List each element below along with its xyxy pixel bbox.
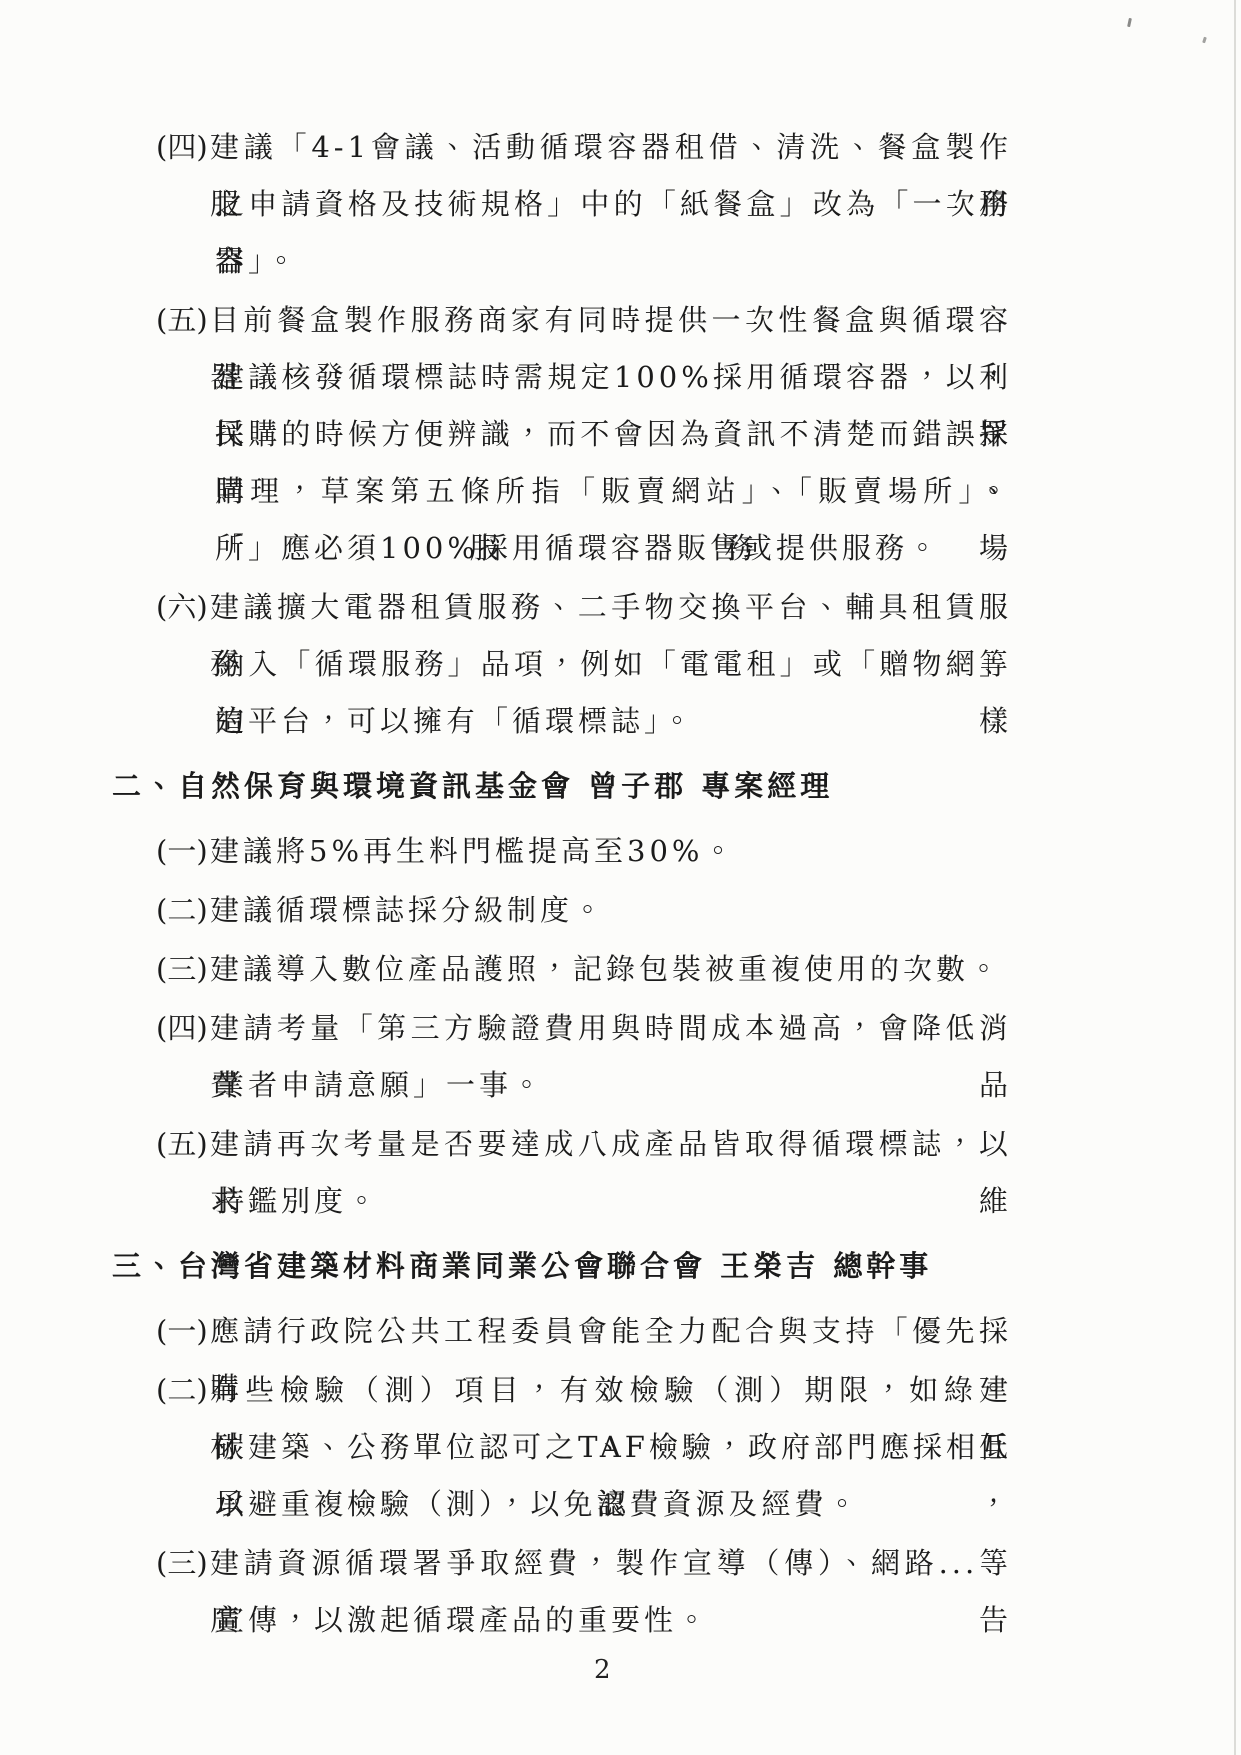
item-line: (一)應請行政院公共工程委員會能全力配合與支持「優先採購」。 [0,1303,1241,1360]
line-text: 業者申請意願」一事。 [215,1057,1012,1114]
item-line: 碳建築、公務單位認可之TAF檢驗，政府部門應採相互承認， [0,1419,1241,1476]
list-marker: (四) [156,1000,208,1057]
item-line: (五)目前餐盒製作服務商家有同時提供一次性餐盒與循環容器， [0,292,1241,349]
section-heading: 三、台灣省建築材料商業同業公會聯合會 王榮吉 總幹事 [0,1238,1241,1295]
list-item: (三)建請資源循環署爭取經費，製作宣導（傳）、網路...等廣告宣傳，以激起循環產… [0,1535,1241,1649]
item-line: (五)建請再次考量是否要達成八成產品皆取得循環標誌，以求維 [0,1116,1241,1173]
heading-line: 二、自然保育與環境資訊基金會 曾子郡 專案經理 [0,758,1241,815]
item-line: 器」。 [0,233,1241,290]
line-text: 宣傳，以激起循環產品的重要性。 [215,1592,1012,1649]
list-marker: (三) [156,941,208,998]
item-line: (四)建請考量「第三方驗證費用與時間成本過高，會降低消費品 [0,1000,1241,1057]
list-marker: (五) [156,292,208,349]
line-text: 所」應必須100%採用循環容器販售或提供服務。 [215,520,1012,577]
scan-speck [1127,18,1132,27]
list-marker: (一) [156,1303,208,1360]
item-line: 建議核發循環標誌時需規定100%採用循環容器，以利民眾 [0,349,1241,406]
item-line: 宣傳，以激起循環產品的重要性。 [0,1592,1241,1649]
list-item: (四)建議「4-1會議、活動循環容器租借、清洗、餐盒製作服務之申請資格及技術規格… [0,119,1241,290]
item-line: 持鑑別度。 [0,1173,1241,1230]
document-content: (四)建議「4-1會議、活動循環容器租借、清洗、餐盒製作服務之申請資格及技術規格… [0,119,1241,1651]
scanned-document-page: (四)建議「4-1會議、活動循環容器租借、清洗、餐盒製作服務之申請資格及技術規格… [0,0,1241,1755]
line-text: 器」。 [215,233,1012,290]
item-line: 以避重複檢驗（測），以免浪費資源及經費。 [0,1476,1241,1533]
list-item: (三)建議導入數位產品護照，記錄包裝被重複使用的次數。 [0,941,1241,998]
page-number: 2 [594,1655,634,1685]
list-item: (一)建議將5%再生料門檻提高至30%。 [0,823,1241,880]
item-line: (三)建議導入數位產品護照，記錄包裝被重複使用的次數。 [0,941,1241,998]
list-marker: (四) [156,119,208,176]
list-marker: (二) [156,1362,208,1419]
list-item: (五)建請再次考量是否要達成八成產品皆取得循環標誌，以求維持鑑別度。 [0,1116,1241,1230]
list-item: (二)建議循環標誌採分級制度。 [0,882,1241,939]
item-line: 採購的時候方便辨識，而不會因為資訊不清楚而錯誤採購。 [0,406,1241,463]
list-item: (六)建議擴大電器租賃服務、二手物交換平台、輔具租賃服務等納入「循環服務」品項，… [0,579,1241,750]
item-line: 之申請資格及技術規格」中的「紙餐盒」改為「一次用容 [0,176,1241,233]
line-text: 以避重複檢驗（測），以免浪費資源及經費。 [215,1476,1012,1533]
item-line: (四)建議「4-1會議、活動循環容器租借、清洗、餐盒製作服務 [0,119,1241,176]
line-text: 建議導入數位產品護照，記錄包裝被重複使用的次數。 [210,941,1012,998]
list-item: (五)目前餐盒製作服務商家有同時提供一次性餐盒與循環容器，建議核發循環標誌時需規… [0,292,1241,577]
line-text: 持鑑別度。 [215,1173,1012,1230]
section-heading: 二、自然保育與環境資訊基金會 曾子郡 專案經理 [0,758,1241,815]
list-marker: (三) [156,1535,208,1592]
list-marker: (五) [156,1116,208,1173]
list-marker: (六) [156,579,208,636]
item-line: 業者申請意願」一事。 [0,1057,1241,1114]
item-line: 所」應必須100%採用循環容器販售或提供服務。 [0,520,1241,577]
item-line: 同理，草案第五條所指「販賣網站」、「販賣場所」、「服務場 [0,463,1241,520]
list-item: (二)有些檢驗（測）項目，有效檢驗（測）期限，如綠建材、低碳建築、公務單位認可之… [0,1362,1241,1533]
line-text: 二、自然保育與環境資訊基金會 曾子郡 專案經理 [112,758,1241,815]
item-line: (二)建議循環標誌採分級制度。 [0,882,1241,939]
line-text: 建議循環標誌採分級制度。 [210,882,1012,939]
item-line: (六)建議擴大電器租賃服務、二手物交換平台、輔具租賃服務等 [0,579,1241,636]
item-line: 納入「循環服務」品項，例如「電電租」或「贈物網」這樣 [0,636,1241,693]
item-line: (三)建請資源循環署爭取經費，製作宣導（傳）、網路...等廣告 [0,1535,1241,1592]
line-text: 三、台灣省建築材料商業同業公會聯合會 王榮吉 總幹事 [112,1238,1241,1295]
scan-edge-line [1234,0,1236,1755]
list-item: (四)建請考量「第三方驗證費用與時間成本過高，會降低消費品業者申請意願」一事。 [0,1000,1241,1114]
line-text: 建議將5%再生料門檻提高至30%。 [210,823,1012,880]
heading-line: 三、台灣省建築材料商業同業公會聯合會 王榮吉 總幹事 [0,1238,1241,1295]
item-line: 的平台，可以擁有「循環標誌」。 [0,693,1241,750]
line-text: 的平台，可以擁有「循環標誌」。 [215,693,1012,750]
item-line: (一)建議將5%再生料門檻提高至30%。 [0,823,1241,880]
list-item: (一)應請行政院公共工程委員會能全力配合與支持「優先採購」。 [0,1303,1241,1360]
scan-speck [1202,37,1207,44]
item-line: (二)有些檢驗（測）項目，有效檢驗（測）期限，如綠建材、低 [0,1362,1241,1419]
list-marker: (二) [156,882,208,939]
list-marker: (一) [156,823,208,880]
